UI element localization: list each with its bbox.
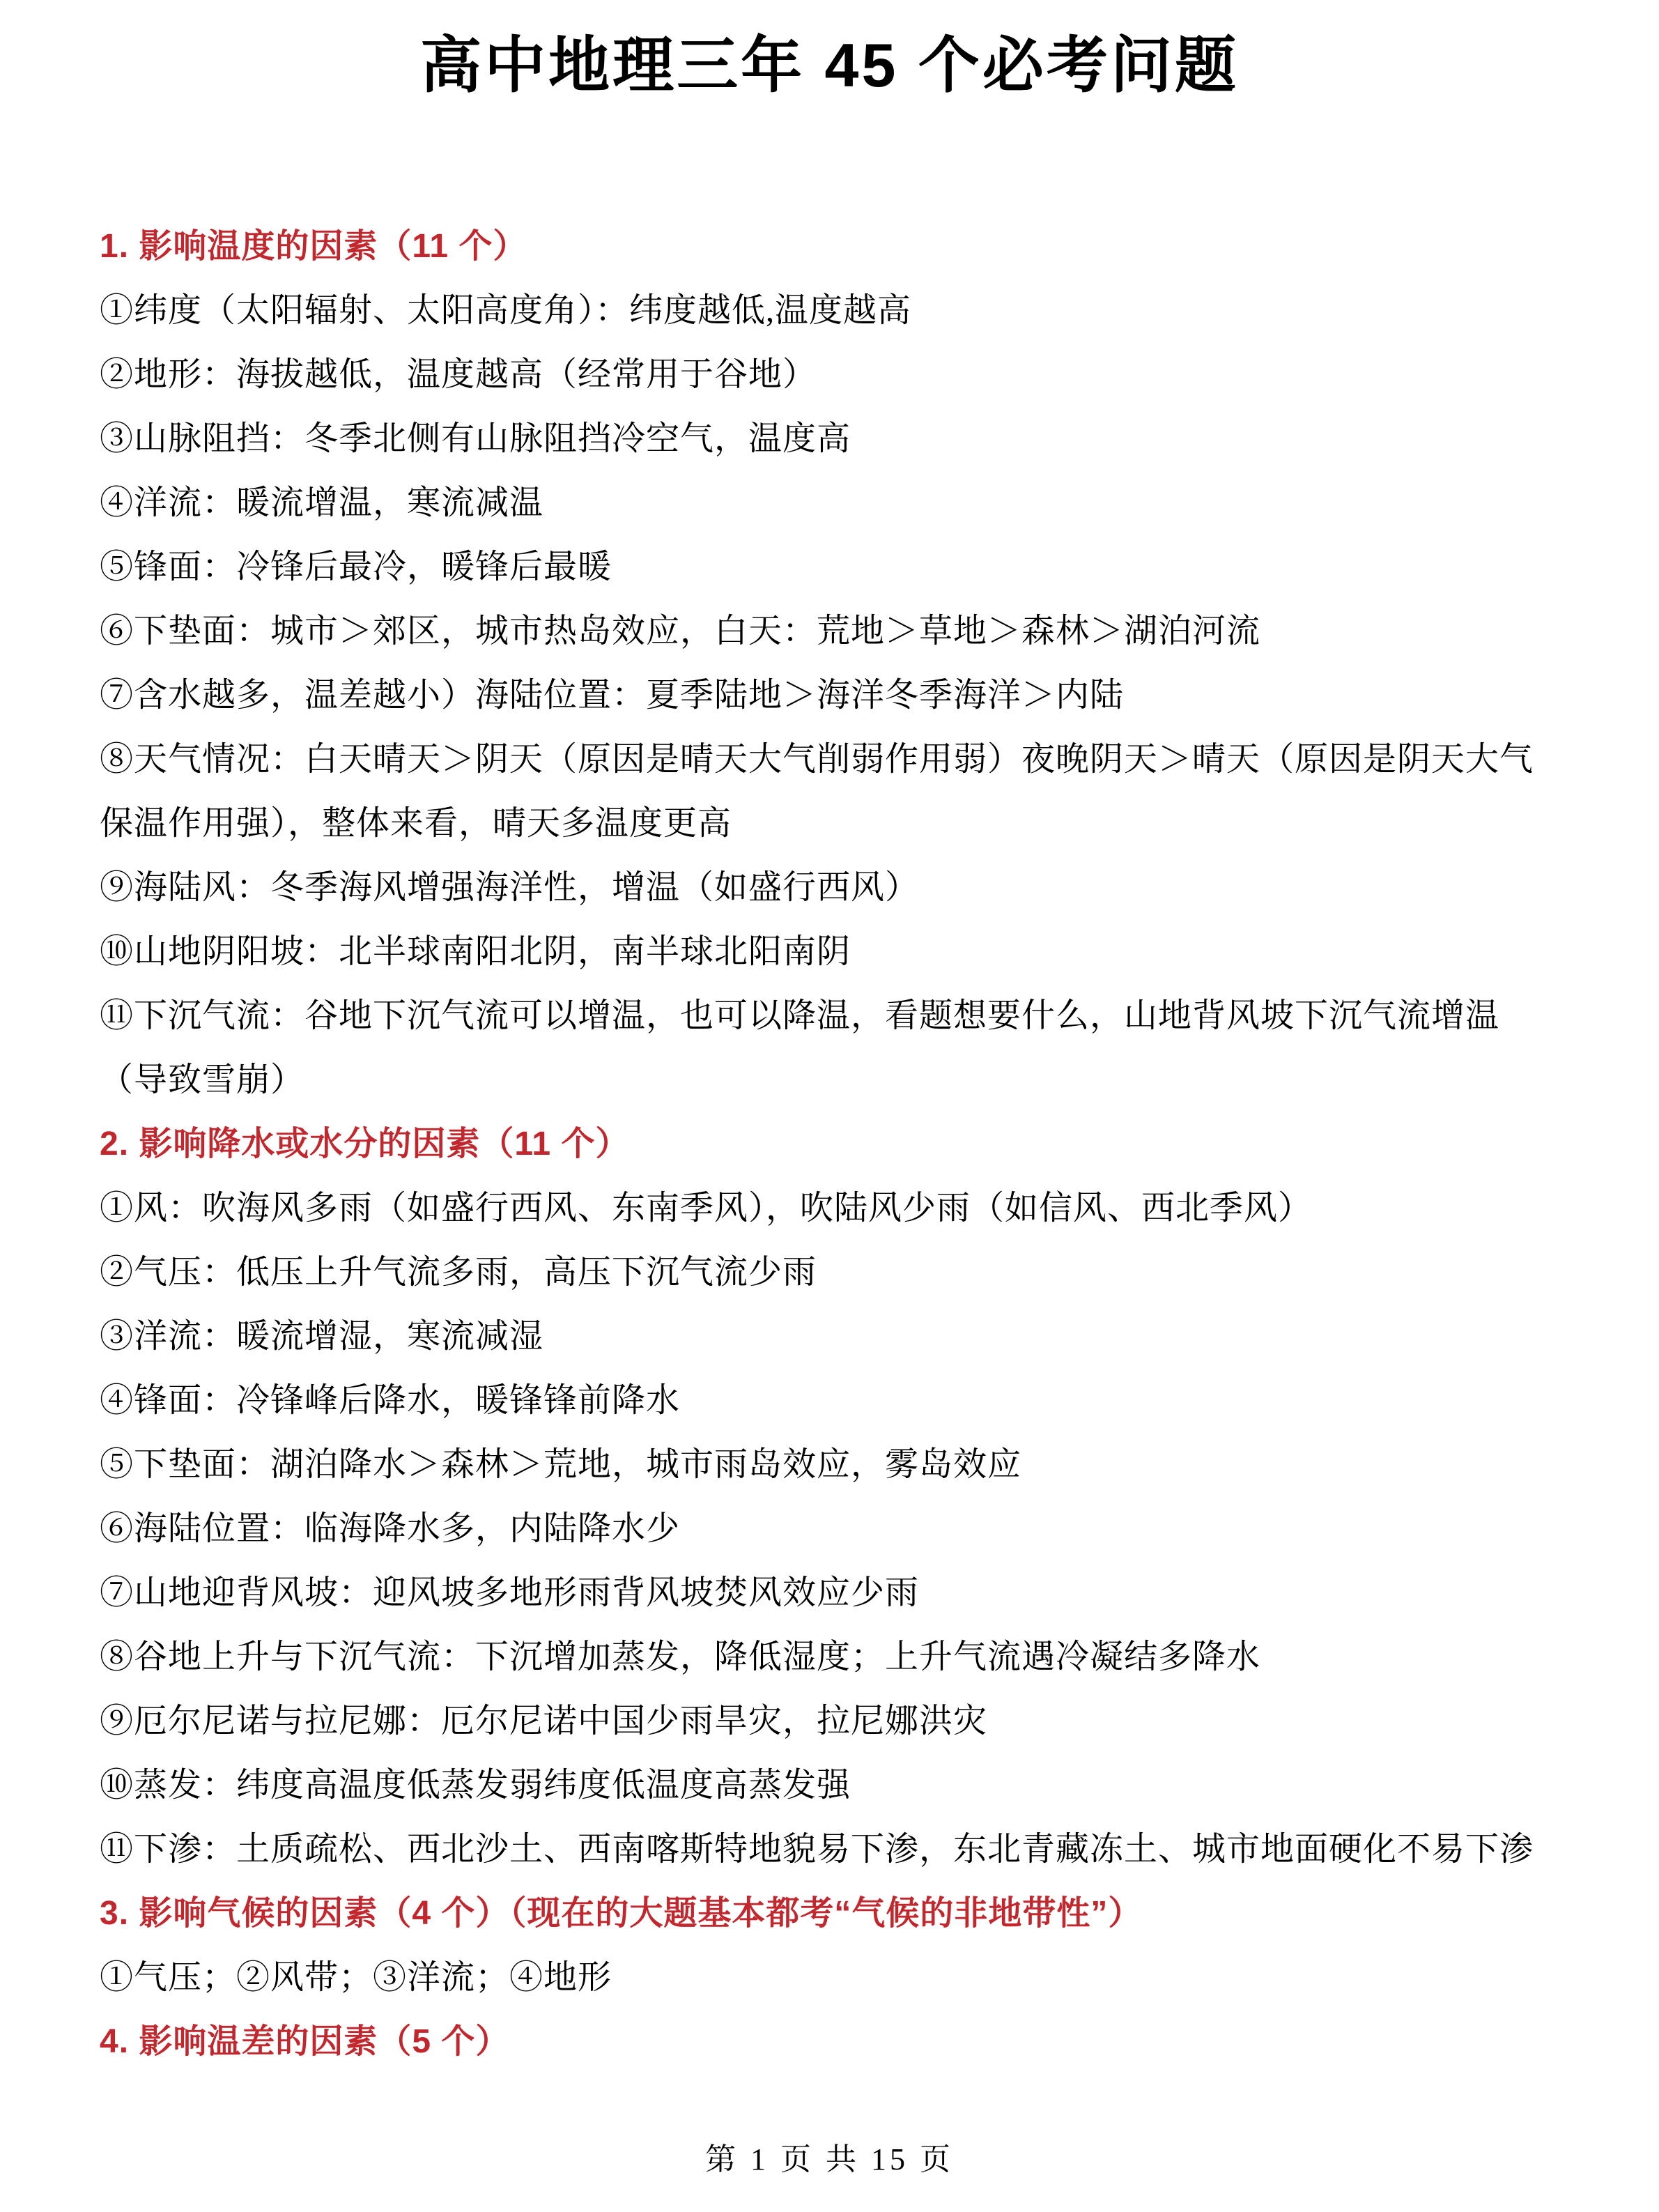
document-page: 高中地理三年 45 个必考问题 1. 影响温度的因素（11 个） ①纬度（太阳辐… [0,0,1659,2212]
list-item: ⑩蒸发：纬度高温度低蒸发弱纬度低温度高蒸发强 [100,1753,1567,1818]
list-item: ③山脉阻挡：冬季北侧有山脉阻挡冷空气，温度高 [100,407,1567,471]
list-item: ②地形：海拔越低，温度越高（经常用于谷地） [100,343,1567,407]
page-title: 高中地理三年 45 个必考问题 [0,32,1659,100]
list-item: ⑧谷地上升与下沉气流：下沉增加蒸发，降低湿度；上升气流遇冷凝结多降水 [100,1625,1567,1689]
document-body: 1. 影响温度的因素（11 个） ①纬度（太阳辐射、太阳高度角）：纬度越低,温度… [100,215,1567,2074]
section-3-heading: 3. 影响气候的因素（4 个）（现在的大题基本都考“气候的非地带性”） [100,1882,1567,1946]
list-item: ⑩山地阴阳坡：北半球南阳北阴，南半球北阳南阴 [100,920,1567,984]
list-item: ⑪下渗：土质疏松、西北沙土、西南喀斯特地貌易下渗，东北青藏冻土、城市地面硬化不易… [100,1818,1567,1882]
list-item: ⑪下沉气流：谷地下沉气流可以增温，也可以降温，看题想要什么，山地背风坡下沉气流增… [100,984,1567,1112]
list-item: ⑦含水越多，温差越小）海陆位置：夏季陆地＞海洋冬季海洋＞内陆 [100,663,1567,728]
list-item: ④锋面：冷锋峰后降水，暖锋锋前降水 [100,1369,1567,1433]
list-item: ⑤下垫面：湖泊降水＞森林＞荒地，城市雨岛效应，雾岛效应 [100,1433,1567,1497]
list-item: ①气压；②风带；③洋流；④地形 [100,1946,1567,2010]
list-item: ⑥下垫面：城市＞郊区，城市热岛效应，白天：荒地＞草地＞森林＞湖泊河流 [100,599,1567,663]
list-item: ⑥海陆位置：临海降水多，内陆降水少 [100,1497,1567,1561]
list-item: ①风：吹海风多雨（如盛行西风、东南季风），吹陆风少雨（如信风、西北季风） [100,1176,1567,1241]
list-item: ③洋流：暖流增湿，寒流减湿 [100,1305,1567,1369]
list-item: ④洋流：暖流增温，寒流减温 [100,471,1567,535]
section-4-heading: 4. 影响温差的因素（5 个） [100,2010,1567,2074]
section-2-heading: 2. 影响降水或水分的因素（11 个） [100,1112,1567,1176]
list-item: ⑦山地迎背风坡：迎风坡多地形雨背风坡焚风效应少雨 [100,1561,1567,1625]
list-item: ②气压：低压上升气流多雨，高压下沉气流少雨 [100,1241,1567,1305]
list-item: ⑧天气情况：白天晴天＞阴天（原因是晴天大气削弱作用弱）夜晚阴天＞晴天（原因是阴天… [100,728,1567,856]
page-footer: 第 1 页 共 15 页 [0,2134,1659,2179]
list-item: ⑨厄尔尼诺与拉尼娜：厄尔尼诺中国少雨旱灾，拉尼娜洪灾 [100,1689,1567,1753]
list-item: ①纬度（太阳辐射、太阳高度角）：纬度越低,温度越高 [100,279,1567,343]
list-item: ⑤锋面：冷锋后最冷，暖锋后最暖 [100,535,1567,599]
list-item: ⑨海陆风：冬季海风增强海洋性，增温（如盛行西风） [100,856,1567,920]
section-1-heading: 1. 影响温度的因素（11 个） [100,215,1567,279]
